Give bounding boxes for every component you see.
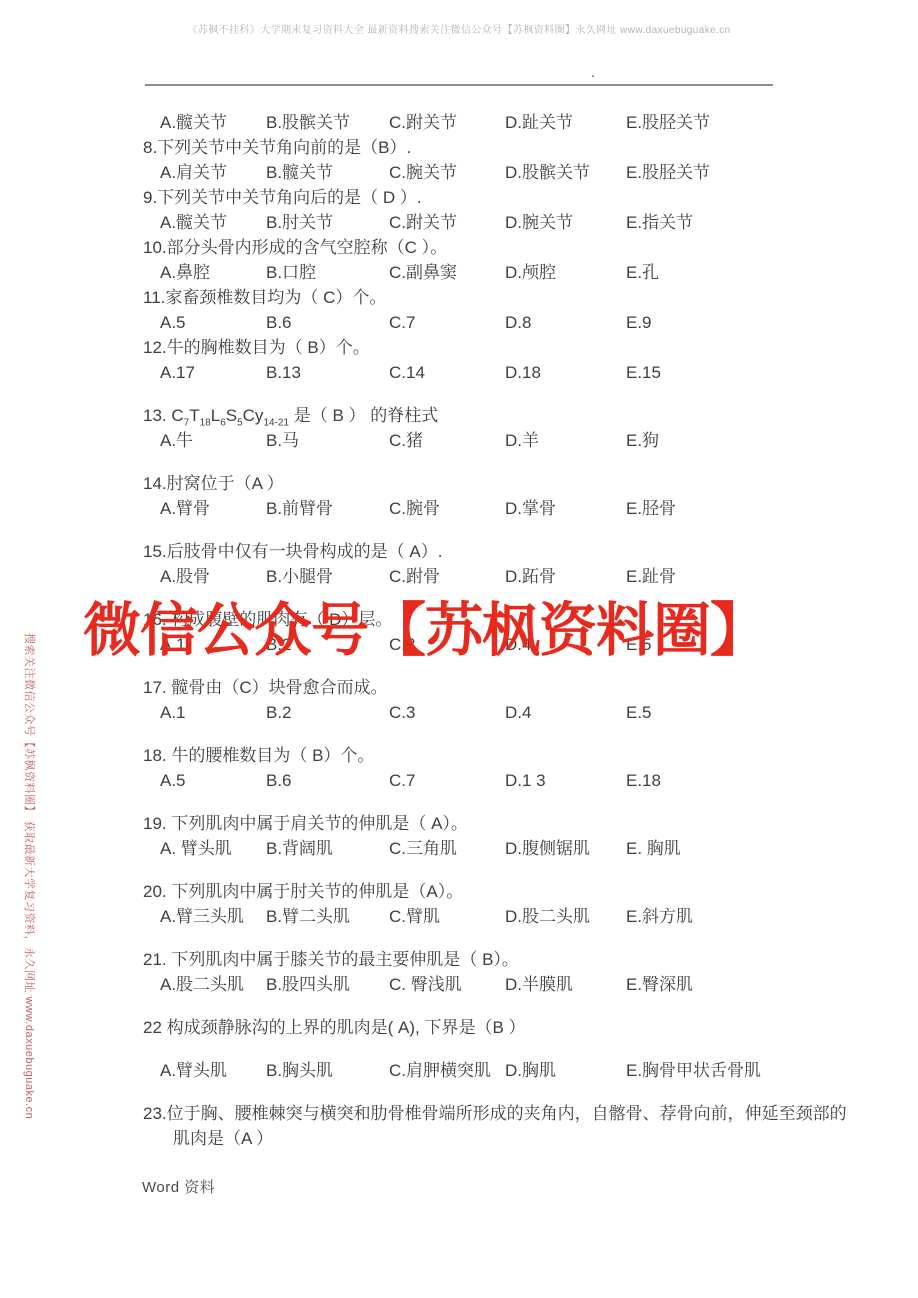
option-item: C.副鼻窦: [389, 260, 505, 285]
option-item: A.臂骨: [160, 496, 266, 521]
footer-label: Word 资料: [142, 1176, 215, 1197]
option-item: B.口腔: [266, 260, 389, 285]
option-item: D.掌骨: [505, 496, 626, 521]
option-item: E.臀深肌: [626, 972, 883, 997]
option-item: D.股二头肌: [505, 904, 626, 929]
question-text-segment: Cy: [243, 406, 264, 425]
question-line: 17. 髋骨由（C）块骨愈合而成。: [143, 675, 883, 700]
question-text-segment: S: [226, 406, 237, 425]
options-row: A.鼻腔B.口腔C.副鼻窦D.颅腔E.孔: [143, 260, 883, 285]
options-row: A.牛B.马C.猪D.羊E.狗: [143, 428, 883, 453]
option-item: D.跖骨: [505, 564, 626, 589]
option-item: C.跗骨: [389, 564, 505, 589]
option-item: D.趾关节: [505, 110, 626, 135]
options-row: A.髋关节B.股髌关节C.跗关节D.趾关节E.股胫关节: [143, 110, 883, 135]
options-row: A.臂头肌B.胸头肌C.肩胛横突肌D.胸肌E.胸骨甲状舌骨肌: [143, 1058, 883, 1083]
option-item: C.7: [389, 310, 505, 335]
options-row: A.1B.2C.3D.4E.5: [143, 632, 883, 657]
option-item: D.颅腔: [505, 260, 626, 285]
option-item: D.1 3: [505, 768, 626, 793]
question-line: 9.下列关节中关节角向后的是（ D ）.: [143, 185, 883, 210]
option-item: B.背阔肌: [266, 836, 389, 861]
option-item: E.狗: [626, 428, 883, 453]
header-watermark: 《苏枫不挂科》大学期末复习资料大全 最新资料搜索关注微信公众号【苏枫资料圈】永久…: [0, 21, 918, 36]
option-item: A.髋关节: [160, 110, 266, 135]
question-line: 20. 下列肌肉中属于肘关节的伸肌是（A）。: [143, 879, 883, 904]
option-item: D.腕关节: [505, 210, 626, 235]
option-item: C.三角肌: [389, 836, 505, 861]
vertebral-formula-subscript: 18: [200, 417, 211, 428]
question-text-segment: 13. C: [143, 406, 184, 425]
question-line: 8.下列关节中关节角向前的是（B）.: [143, 135, 883, 160]
option-item: A.臂头肌: [160, 1058, 266, 1083]
option-item: A.肩关节: [160, 160, 266, 185]
option-item: C.猪: [389, 428, 505, 453]
option-item: E.指关节: [626, 210, 883, 235]
option-item: B.股髌关节: [266, 110, 389, 135]
option-item: E.孔: [626, 260, 883, 285]
option-item: E.18: [626, 768, 883, 793]
question-text-segment: 是（ B ） 的脊柱式: [289, 406, 438, 425]
options-row: A.5B.6C.7D.8E.9: [143, 310, 883, 335]
option-item: C.臂肌: [389, 904, 505, 929]
option-item: B.2: [266, 700, 389, 725]
question-line: 16. 构成腹壁的肌肉有（ D）层。: [143, 607, 883, 632]
options-row: A. 臂头肌B.背阔肌C.三角肌D.腹侧锯肌E. 胸肌: [143, 836, 883, 861]
option-item: E.股胫关节: [626, 110, 883, 135]
option-item: B.6: [266, 310, 389, 335]
vertebral-formula-subscript: 14-21: [263, 417, 289, 428]
option-item: C.腕骨: [389, 496, 505, 521]
option-item: D.胸肌: [505, 1058, 626, 1083]
option-item: A.鼻腔: [160, 260, 266, 285]
option-item: E.斜方肌: [626, 904, 883, 929]
question-line: 12.牛的胸椎数目为（ B）个。: [143, 335, 883, 360]
option-item: C.跗关节: [389, 210, 505, 235]
option-item: B.马: [266, 428, 389, 453]
option-item: D.18: [505, 360, 626, 385]
options-row: A.臂骨B.前臂骨C.腕骨D.掌骨E.胫骨: [143, 496, 883, 521]
options-row: A.1B.2C.3D.4E.5: [143, 700, 883, 725]
stray-punctuation-mark: .: [591, 64, 595, 80]
option-item: B.股四头肌: [266, 972, 389, 997]
option-item: A.5: [160, 768, 266, 793]
option-item: E.15: [626, 360, 883, 385]
top-divider: [145, 84, 773, 86]
question-line: 11.家畜颈椎数目均为（ C）个。: [143, 285, 883, 310]
options-row: A.髋关节B.肘关节C.跗关节D.腕关节E.指关节: [143, 210, 883, 235]
option-item: A.髋关节: [160, 210, 266, 235]
option-item: D.股髌关节: [505, 160, 626, 185]
option-item: D.4: [505, 700, 626, 725]
question-line: 22 构成颈静脉沟的上界的肌肉是( A), 下界是（B ）: [143, 1015, 883, 1040]
option-item: E.5: [626, 632, 883, 657]
option-item: B.胸头肌: [266, 1058, 389, 1083]
option-item: E.股胫关节: [626, 160, 883, 185]
question-line: 13. C7T18L6S5Cy14-21 是（ B ） 的脊柱式: [143, 403, 883, 428]
option-item: D.羊: [505, 428, 626, 453]
option-item: A.牛: [160, 428, 266, 453]
option-item: A.臂三头肌: [160, 904, 266, 929]
question-line: 14.肘窝位于（A ）: [143, 471, 883, 496]
option-item: C.腕关节: [389, 160, 505, 185]
option-item: B.臂二头肌: [266, 904, 389, 929]
option-item: C.3: [389, 632, 505, 657]
options-row: A.5B.6C.7D.1 3E.18: [143, 768, 883, 793]
option-item: C.14: [389, 360, 505, 385]
option-item: E.5: [626, 700, 883, 725]
option-item: C.肩胛横突肌: [389, 1058, 505, 1083]
question-line: 15.后肢骨中仅有一块骨构成的是（ A）.: [143, 539, 883, 564]
option-item: A. 臂头肌: [160, 836, 266, 861]
option-item: D.半膜肌: [505, 972, 626, 997]
option-item: E.胫骨: [626, 496, 883, 521]
document-page: { "header": { "text": "《苏枫不挂科》大学期末复习资料大全…: [0, 0, 918, 1298]
option-item: D.8: [505, 310, 626, 335]
options-row: A.股二头肌B.股四头肌C. 臀浅肌D.半膜肌E.臀深肌: [143, 972, 883, 997]
question-line: 21. 下列肌肉中属于膝关节的最主要伸肌是（ B）。: [143, 947, 883, 972]
option-item: D.腹侧锯肌: [505, 836, 626, 861]
option-item: B.2: [266, 632, 389, 657]
option-item: E.趾骨: [626, 564, 883, 589]
question-line: 19. 下列肌肉中属于肩关节的伸肌是（ A）。: [143, 811, 883, 836]
question-line: 10.部分头骨内形成的含气空腔称（C ）。: [143, 235, 883, 260]
option-item: B.肘关节: [266, 210, 389, 235]
option-item: C.7: [389, 768, 505, 793]
option-item: C.跗关节: [389, 110, 505, 135]
option-item: A.17: [160, 360, 266, 385]
option-item: C.3: [389, 700, 505, 725]
question-line-continuation: 肌肉是（A ）: [143, 1126, 883, 1151]
option-item: B.髋关节: [266, 160, 389, 185]
option-item: A.股二头肌: [160, 972, 266, 997]
side-vertical-watermark: 搜索关注微信公众号【苏枫资料圈】 获取最新大学复习资料，永久网址 www.dax…: [22, 633, 36, 1119]
option-item: A.股骨: [160, 564, 266, 589]
question-list: A.髋关节B.股髌关节C.跗关节D.趾关节E.股胫关节8.下列关节中关节角向前的…: [143, 110, 883, 1151]
option-item: B.前臂骨: [266, 496, 389, 521]
options-row: A.肩关节B.髋关节C.腕关节D.股髌关节E.股胫关节: [143, 160, 883, 185]
question-line: 23.位于胸、腰椎棘突与横突和肋骨椎骨端所形成的夹角内，自髂骨、荐骨向前，伸延至…: [143, 1101, 883, 1126]
option-item: E.胸骨甲状舌骨肌: [626, 1058, 883, 1083]
option-item: E.9: [626, 310, 883, 335]
option-item: B.6: [266, 768, 389, 793]
option-item: B.小腿骨: [266, 564, 389, 589]
question-line: 18. 牛的腰椎数目为（ B）个。: [143, 743, 883, 768]
option-item: D.4: [505, 632, 626, 657]
option-item: E. 胸肌: [626, 836, 883, 861]
option-item: B.13: [266, 360, 389, 385]
question-text-segment: T: [189, 406, 199, 425]
option-item: A.5: [160, 310, 266, 335]
option-item: C. 臀浅肌: [389, 972, 505, 997]
question-text-segment: L: [211, 406, 220, 425]
option-item: A.1: [160, 632, 266, 657]
options-row: A.17B.13C.14D.18E.15: [143, 360, 883, 385]
option-item: A.1: [160, 700, 266, 725]
options-row: A.臂三头肌B.臂二头肌C.臂肌D.股二头肌E.斜方肌: [143, 904, 883, 929]
options-row: A.股骨B.小腿骨C.跗骨D.跖骨E.趾骨: [143, 564, 883, 589]
